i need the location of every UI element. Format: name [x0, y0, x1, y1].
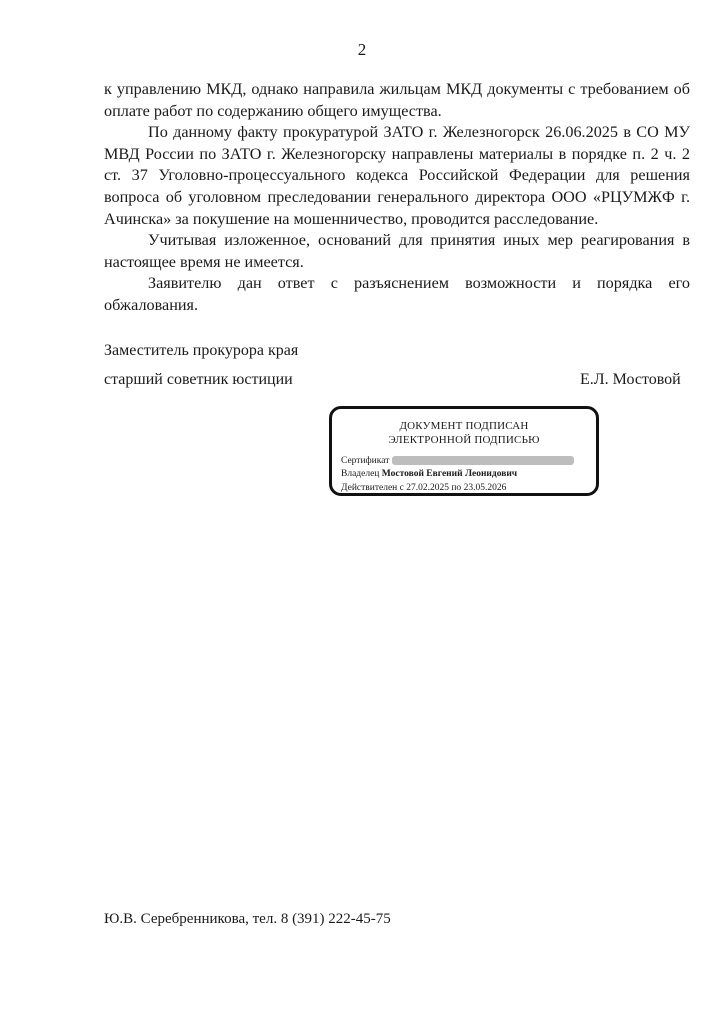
stamp-owner: Владелец Мостовой Евгений Леонидович	[341, 469, 517, 479]
stamp-validity: Действителен с 27.02.2025 по 23.05.2026	[341, 483, 506, 493]
owner-label: Владелец	[341, 469, 379, 479]
executor-contact: Ю.В. Серебренникова, тел. 8 (391) 222-45…	[104, 911, 391, 928]
page-number: 2	[0, 40, 724, 60]
stamp-certificate: Сертификат	[341, 456, 574, 466]
valid-label: Действителен	[341, 483, 397, 493]
letter-body: к управлению МКД, однако направила жильц…	[104, 79, 690, 317]
valid-from-prefix: с	[400, 483, 404, 493]
certificate-label: Сертификат	[341, 456, 389, 466]
redacted-certificate-number	[392, 456, 574, 465]
paragraph-materials-sent: По данному факту прокуратурой ЗАТО г. Же…	[104, 122, 690, 230]
signatory-rank: старший советник юстиции	[104, 371, 293, 389]
signatory-name: Е.Л. Мостовой	[580, 371, 681, 389]
valid-to-date: 23.05.2026	[464, 483, 507, 493]
electronic-signature-stamp: ДОКУМЕНТ ПОДПИСАН ЭЛЕКТРОННОЙ ПОДПИСЬЮ С…	[329, 406, 599, 496]
paragraph-no-grounds: Учитывая изложенное, оснований для приня…	[104, 230, 690, 273]
owner-name: Мостовой Евгений Леонидович	[382, 469, 517, 479]
valid-from-date: 27.02.2025	[406, 483, 449, 493]
valid-to-prefix: по	[451, 483, 461, 493]
signatory-position: Заместитель прокурора края	[104, 342, 298, 360]
stamp-heading-2: ЭЛЕКТРОННОЙ ПОДПИСЬЮ	[332, 434, 596, 446]
stamp-heading: ДОКУМЕНТ ПОДПИСАН	[332, 420, 596, 432]
paragraph-answer-given: Заявителю дан ответ с разъяснением возмо…	[104, 273, 690, 316]
paragraph-continuation: к управлению МКД, однако направила жильц…	[104, 79, 690, 122]
